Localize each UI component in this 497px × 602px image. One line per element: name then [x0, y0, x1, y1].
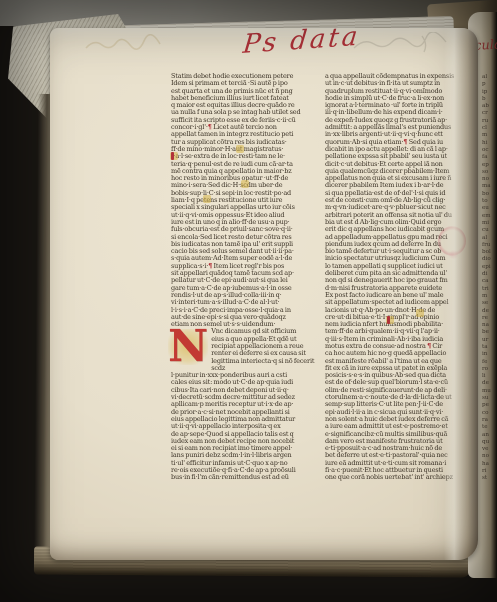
- yellow-highlight: [203, 195, 211, 203]
- column-text-lower: l·punitur in·xxx·ponderibus auri a csti …: [171, 372, 315, 481]
- rubric-stroke: [171, 152, 174, 160]
- yellow-highlight: [416, 309, 424, 317]
- column-text-upper: Statim debet hodie executionem petere Id…: [171, 73, 315, 328]
- yellow-highlight: [241, 180, 249, 188]
- drop-cap-initial: N: [168, 329, 208, 365]
- column-text-beside-initial: Vnc dicamus qd sit officium eius a quo a…: [211, 328, 315, 372]
- next-page-text-fragments: al p ip b ab cr ru cl m hi oc fa ep so n…: [482, 74, 495, 494]
- yellow-highlight: [236, 145, 244, 153]
- rubric-stroke: [387, 316, 390, 324]
- text-column-left: Statim debet hodie executionem petere Id…: [171, 73, 315, 482]
- faint-ink-marks-right: [352, 32, 448, 56]
- new-paragraph: N Vnc dicamus qd sit officium eius a quo…: [171, 328, 315, 372]
- page-surface: Ps data Statim debet hodie executionem p…: [50, 28, 478, 560]
- book-photograph: icula · al p ip b ab cr ru cl m hi oc fa…: [0, 0, 497, 602]
- faint-ink-marks-left: [84, 34, 162, 54]
- gutter-shadow: [444, 28, 478, 560]
